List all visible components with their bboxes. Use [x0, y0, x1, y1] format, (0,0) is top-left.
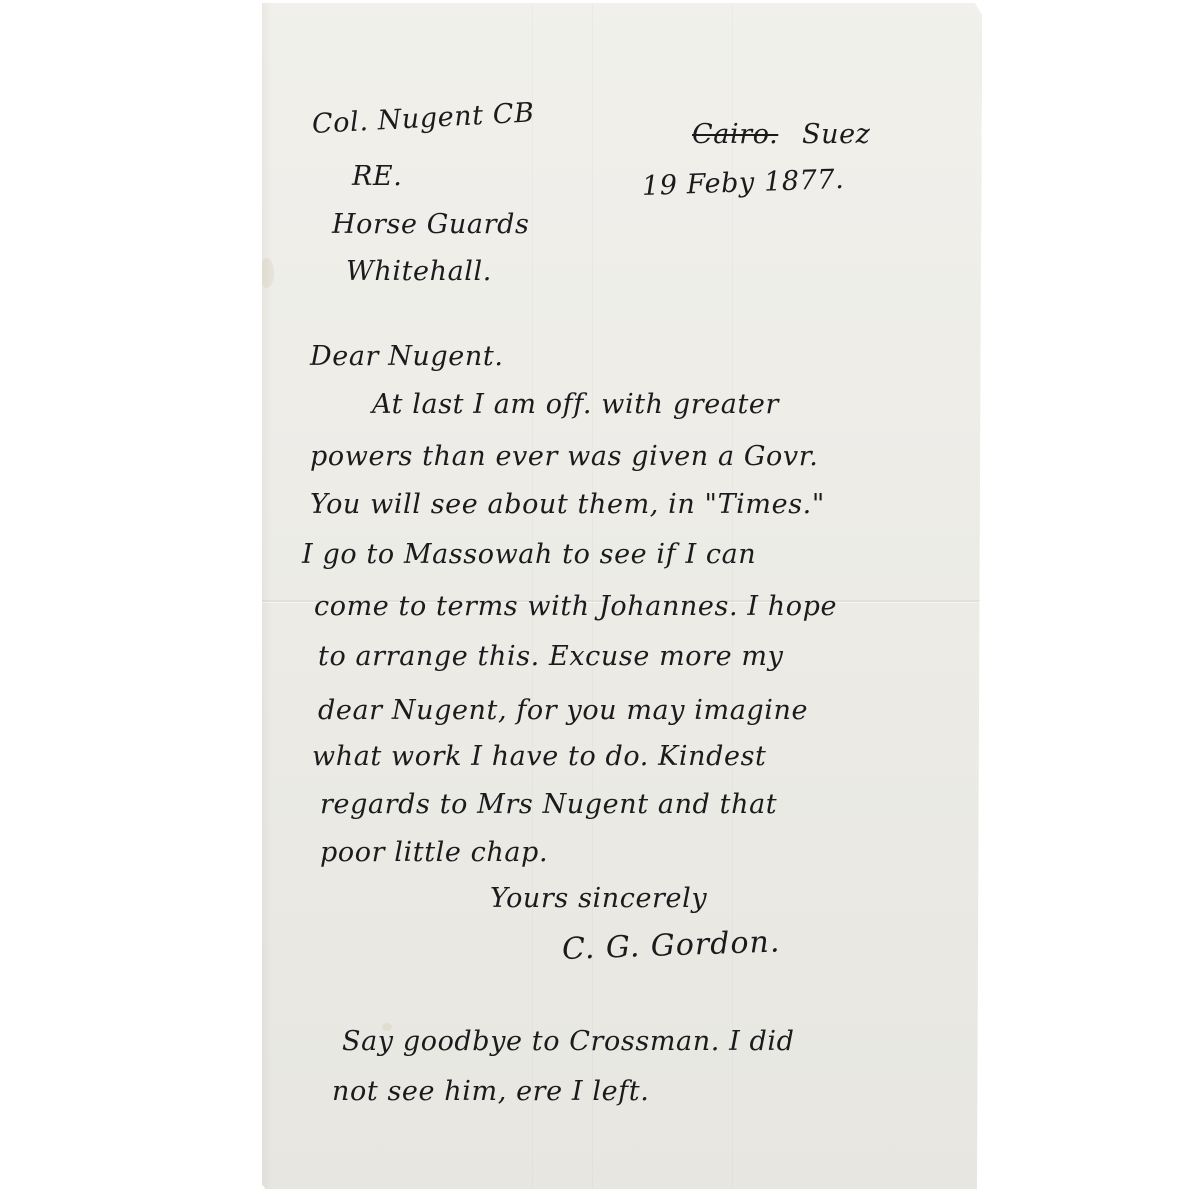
body-line: to arrange this. Excuse more my	[318, 643, 783, 670]
signature: C. G. Gordon.	[561, 927, 780, 965]
body-line: At last I am off. with greater	[372, 391, 779, 418]
body-line: regards to Mrs Nugent and that	[320, 791, 777, 818]
letter-place: Suez	[802, 121, 871, 148]
letter-date: 19 Feby 1877.	[642, 166, 845, 200]
addressee-name: Col. Nugent CB	[311, 99, 535, 138]
body-line: come to terms with Johannes. I hope	[314, 593, 837, 620]
postscript-line: Say goodbye to Crossman. I did	[342, 1028, 795, 1055]
body-line: You will see about them, in "Times."	[310, 491, 825, 518]
age-stain	[260, 258, 274, 288]
body-line: powers than ever was given a Govr.	[310, 443, 818, 470]
body-line: poor little chap.	[320, 839, 548, 866]
body-line: I go to Massowah to see if I can	[302, 541, 756, 568]
salutation: Dear Nugent.	[310, 343, 504, 370]
addressee-rank: RE.	[352, 163, 402, 190]
body-line: dear Nugent, for you may imagine	[318, 697, 808, 724]
addressee-office: Horse Guards	[332, 211, 529, 238]
letter-paper: Col. Nugent CB RE. Horse Guards Whitehal…	[262, 3, 982, 1189]
postscript-line: not see him, ere I left.	[332, 1078, 649, 1105]
addressee-location: Whitehall.	[346, 258, 492, 285]
body-line: what work I have to do. Kindest	[312, 743, 766, 770]
valediction: Yours sincerely	[490, 885, 707, 912]
place-struck-through: Cairo.	[692, 121, 778, 148]
